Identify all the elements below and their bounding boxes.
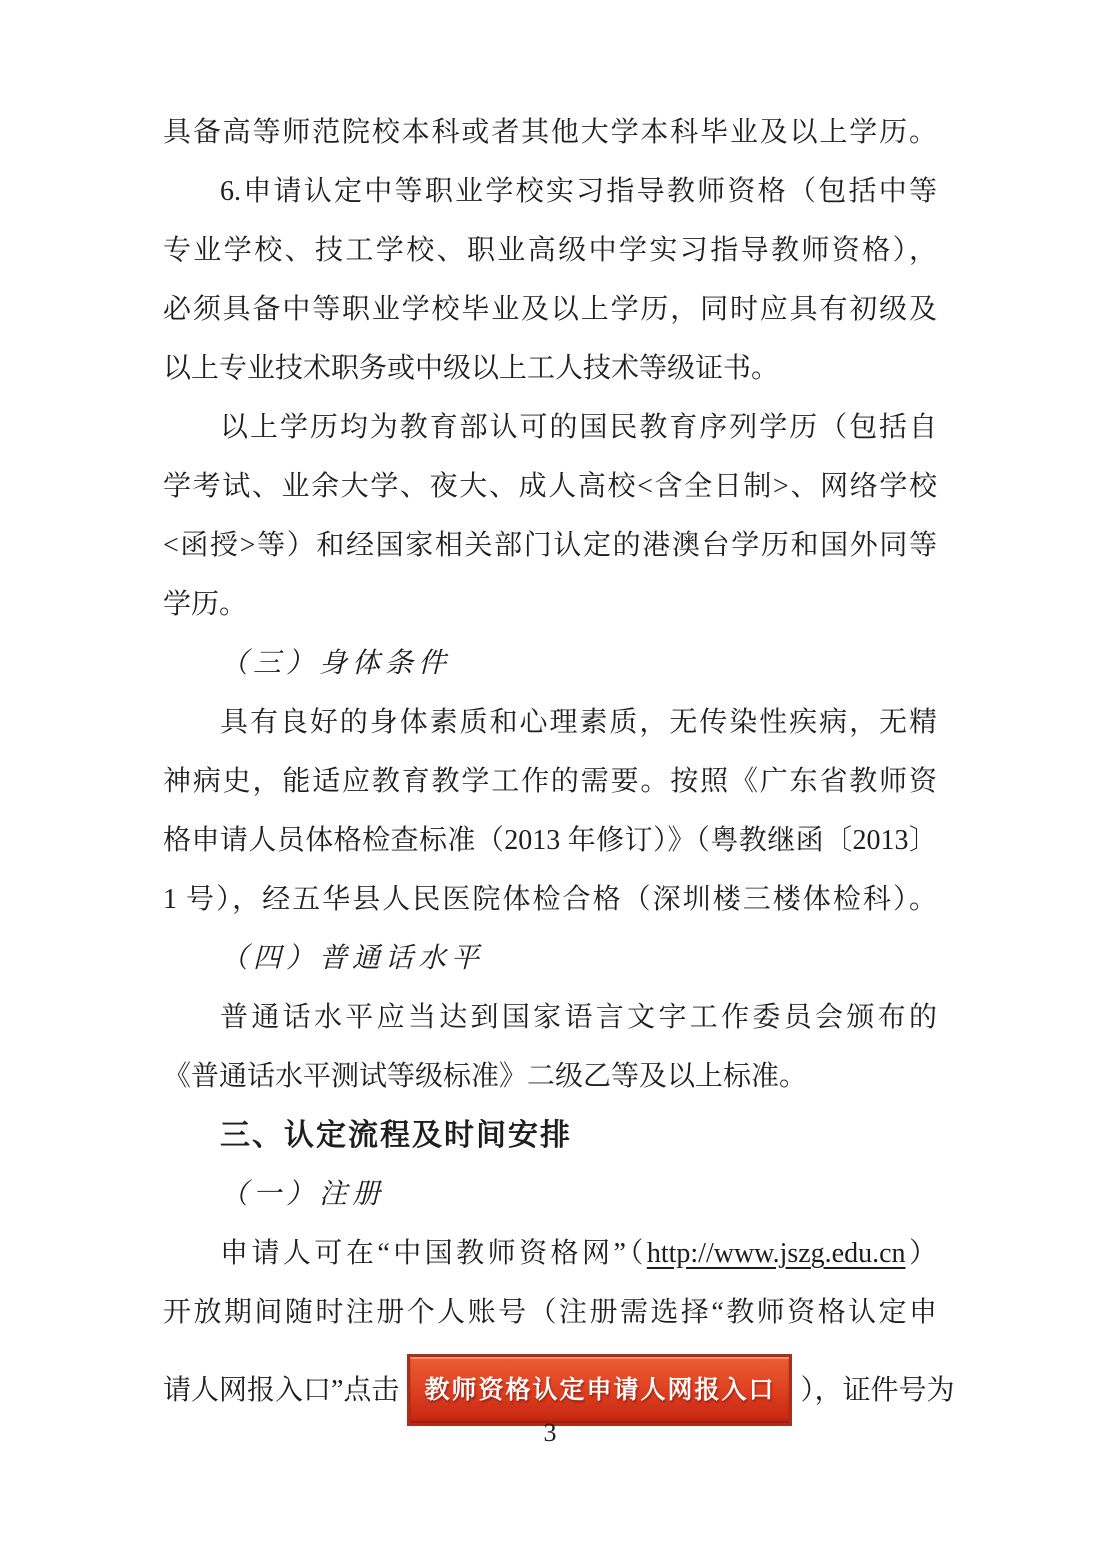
page-number: 3 (0, 1415, 1100, 1451)
body-text-line: 普通话水平应当达到国家语言文字工作委员会颁布的 (163, 988, 937, 1047)
document-page: 具备高等师范院校本科或者其他大学本科毕业及以上学历。 6.申请认定中等职业学校实… (0, 0, 1100, 1555)
body-text-line: 必须具备中等职业学校毕业及以上学历，同时应具有初级及 (163, 280, 937, 339)
body-text-line: 学历。 (163, 575, 937, 634)
link-line: 申请人可在“中国教师资格网”（http://www.jszg.edu.cn） (163, 1224, 937, 1283)
body-text-line: 学考试、业余大学、夜大、成人高校<含全日制>、网络学校 (163, 457, 937, 516)
button-line-after: ），证件号为 (800, 1361, 954, 1420)
document-body: 具备高等师范院校本科或者其他大学本科毕业及以上学历。 6.申请认定中等职业学校实… (163, 103, 937, 1438)
body-text-line: 6.申请认定中等职业学校实习指导教师资格（包括中等 (163, 162, 937, 221)
heading-section-3-process: 三、认定流程及时间安排 (163, 1106, 937, 1165)
body-text-line: 专业学校、技工学校、职业高级中学实习指导教师资格）， (163, 221, 937, 280)
link-line-suffix: ） (906, 1238, 937, 1269)
body-text-line: 格申请人员体格检查标准（2013 年修订）》（粤教继函〔2013〕 (163, 811, 937, 870)
body-text-line: 1 号），经五华县人民医院体检合格（深圳楼三楼体检科）。 (163, 870, 937, 929)
heading-putonghua-level: （四）普通话水平 (163, 929, 937, 988)
body-text-line: 具备高等师范院校本科或者其他大学本科毕业及以上学历。 (163, 103, 937, 162)
link-line-prefix: 申请人可在“中国教师资格网”（ (220, 1238, 647, 1269)
jszg-url-link[interactable]: http://www.jszg.edu.cn (647, 1238, 906, 1269)
heading-registration: （一）注册 (163, 1165, 937, 1224)
body-text-line: 开放期间随时注册个人账号（注册需选择“教师资格认定申 (163, 1283, 937, 1342)
body-text-line: 以上学历均为教育部认可的国民教育序列学历（包括自 (163, 398, 937, 457)
body-text-line: 具有良好的身体素质和心理素质，无传染性疾病，无精 (163, 693, 937, 752)
heading-physical-condition: （三）身体条件 (163, 634, 937, 693)
body-text-line: 以上专业技术职务或中级以上工人技术等级证书。 (163, 339, 937, 398)
body-text-line: 神病史，能适应教育教学工作的需要。按照《广东省教师资 (163, 752, 937, 811)
button-line-before: 请人网报入口”点击 (163, 1361, 399, 1420)
body-text-line: <函授>等）和经国家相关部门认定的港澳台学历和国外同等 (163, 516, 937, 575)
body-text-line: 《普通话水平测试等级标准》二级乙等及以上标准。 (163, 1047, 937, 1106)
